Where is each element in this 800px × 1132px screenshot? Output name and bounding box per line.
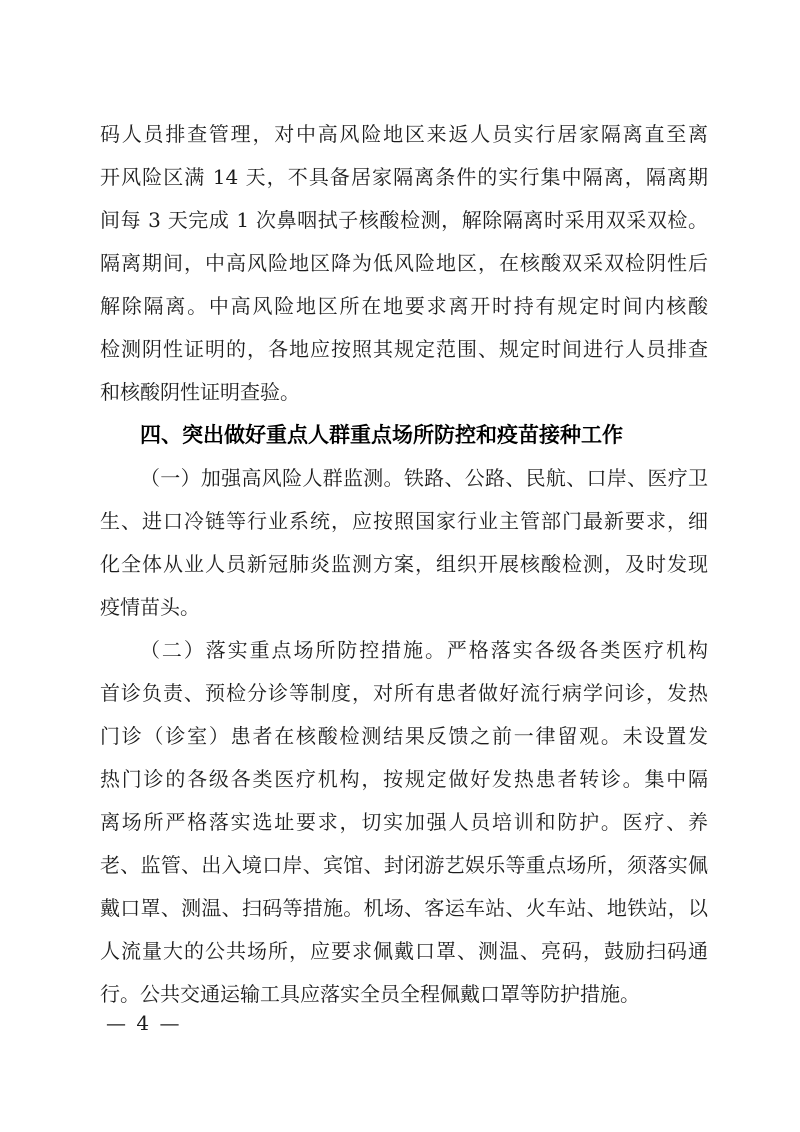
body-text-line: 人流量大的公共场所，应要求佩戴口罩、测温、亮码，鼓励扫码通 — [100, 930, 708, 973]
body-text-line: 开风险区满 14 天，不具备居家隔离条件的实行集中隔离，隔离期 — [100, 156, 708, 199]
section-heading: 四、突出做好重点人群重点场所防控和疫苗接种工作 — [100, 414, 708, 457]
body-text-line: 热门诊的各级各类医疗机构，按规定做好发热患者转诊。集中隔 — [100, 758, 708, 801]
body-text-line: 门诊（诊室）患者在核酸检测结果反馈之前一律留观。未设置发 — [100, 715, 708, 758]
body-text-line: （二）落实重点场所防控措施。严格落实各级各类医疗机构 — [100, 629, 708, 672]
body-text-line: 行。公共交通运输工具应落实全员全程佩戴口罩等防护措施。 — [100, 973, 708, 1016]
document-body: 码人员排查管理，对中高风险地区来返人员实行居家隔离直至离 开风险区满 14 天，… — [100, 113, 708, 1016]
page-number: — 4 — — [106, 1008, 181, 1038]
body-text-line: 化全体从业人员新冠肺炎监测方案，组织开展核酸检测，及时发现 — [100, 543, 708, 586]
body-text-line: 码人员排查管理，对中高风险地区来返人员实行居家隔离直至离 — [100, 113, 708, 156]
body-text-line: （一）加强高风险人群监测。铁路、公路、民航、口岸、医疗卫 — [100, 457, 708, 500]
body-text-line: 戴口罩、测温、扫码等措施。机场、客运车站、火车站、地铁站，以及 — [100, 887, 708, 930]
body-text-line: 疫情苗头。 — [100, 586, 708, 629]
body-text-line: 老、监管、出入境口岸、宾馆、封闭游艺娱乐等重点场所，须落实佩 — [100, 844, 708, 887]
body-text-line: 首诊负责、预检分诊等制度，对所有患者做好流行病学问诊，发热 — [100, 672, 708, 715]
body-text-line: 解除隔离。中高风险地区所在地要求离开时持有规定时间内核酸 — [100, 285, 708, 328]
body-text-line: 和核酸阴性证明查验。 — [100, 371, 708, 414]
body-text-line: 离场所严格落实选址要求，切实加强人员培训和防护。医疗、养 — [100, 801, 708, 844]
body-text-line: 间每 3 天完成 1 次鼻咽拭子核酸检测，解除隔离时采用双采双检。 — [100, 199, 708, 242]
body-text-line: 隔离期间，中高风险地区降为低风险地区，在核酸双采双检阴性后 — [100, 242, 708, 285]
document-page: 码人员排查管理，对中高风险地区来返人员实行居家隔离直至离 开风险区满 14 天，… — [0, 0, 800, 1132]
body-text-line: 生、进口冷链等行业系统，应按照国家行业主管部门最新要求，细 — [100, 500, 708, 543]
body-text-line: 检测阴性证明的，各地应按照其规定范围、规定时间进行人员排查 — [100, 328, 708, 371]
